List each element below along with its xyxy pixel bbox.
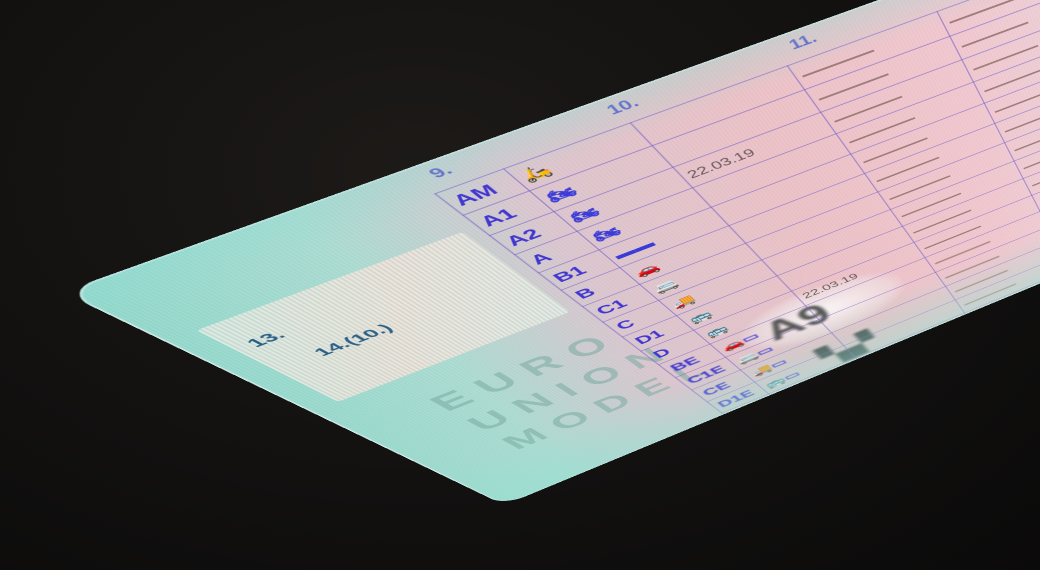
photo-scene: 13. 14.(10.) EURO UNION MODEL A9 ▚▞ 9. 1… — [0, 0, 1040, 570]
column-header: 9. — [424, 162, 458, 181]
column-header: 11. — [785, 30, 820, 53]
driving-licence-card: 13. 14.(10.) EURO UNION MODEL A9 ▚▞ 9. 1… — [62, 0, 1040, 505]
column-header: 10. — [602, 94, 643, 117]
